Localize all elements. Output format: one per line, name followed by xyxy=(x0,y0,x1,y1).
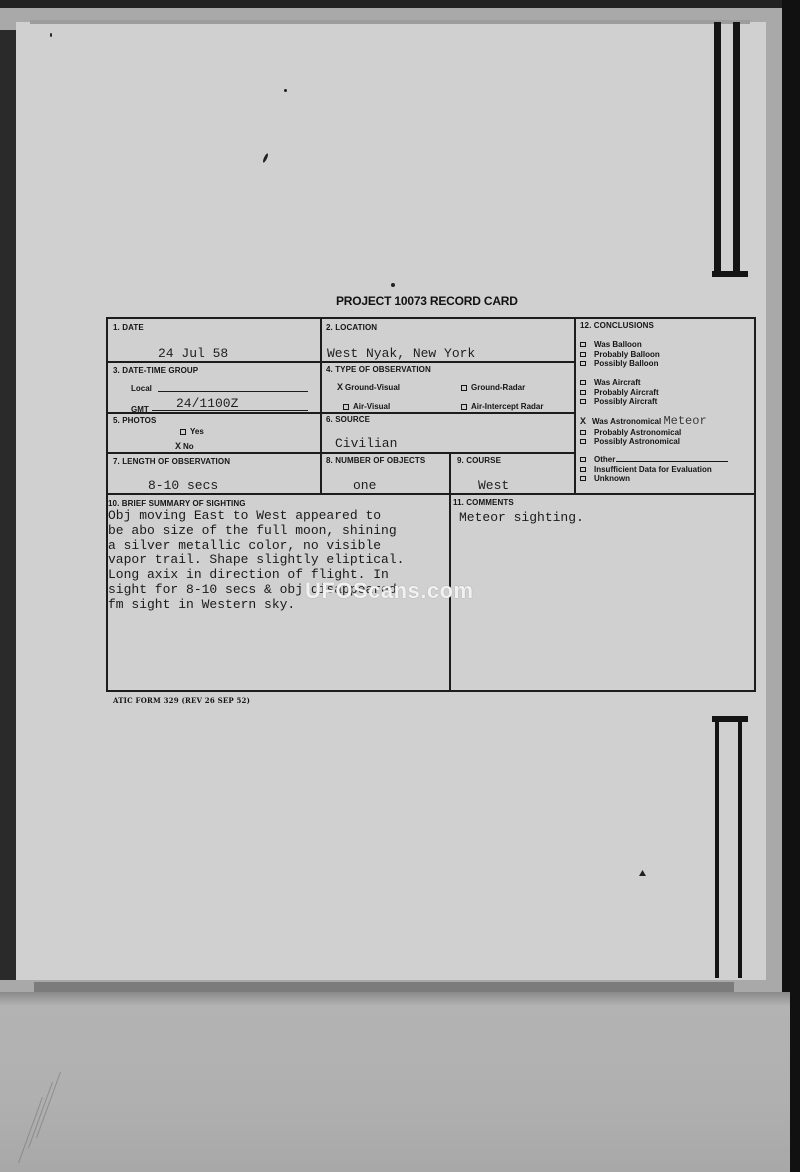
divider xyxy=(320,317,322,493)
course-value: West xyxy=(478,478,509,493)
gmt-label: GMT xyxy=(131,405,149,414)
binder-mark-bottom xyxy=(714,716,744,978)
checkbox-icon xyxy=(461,404,467,410)
checkbox-icon xyxy=(580,430,586,435)
length-value: 8-10 secs xyxy=(148,478,218,493)
local-underline xyxy=(158,391,308,392)
divider xyxy=(106,493,756,495)
binder-mark-top xyxy=(714,22,744,277)
length-label: 7. LENGTH OF OBSERVATION xyxy=(113,457,230,466)
checkbox-icon xyxy=(580,439,586,444)
conclusion-was-aircraft[interactable]: Was Aircraft xyxy=(580,378,659,388)
date-time-group-label: 3. DATE-TIME GROUP xyxy=(113,366,198,375)
photos-label: 5. PHOTOS xyxy=(113,416,156,425)
conclusion-insufficient-data[interactable]: Insufficient Data for Evaluation xyxy=(580,465,728,475)
scan-left-edge xyxy=(0,30,16,980)
conclusion-possibly-astronomical[interactable]: Possibly Astronomical xyxy=(580,437,709,447)
divider xyxy=(449,452,451,692)
underlying-page xyxy=(0,992,790,1172)
divider xyxy=(106,361,576,363)
speck xyxy=(50,33,52,37)
checkbox-icon xyxy=(580,476,586,481)
speck xyxy=(284,89,287,92)
conclusion-possibly-aircraft[interactable]: Possibly Aircraft xyxy=(580,397,659,407)
location-value: West Nyak, New York xyxy=(327,346,475,361)
watermark: UFOScans.com xyxy=(305,578,474,604)
checkbox-icon xyxy=(580,457,586,462)
conclusions-group-aircraft: Was Aircraft Probably Aircraft Possibly … xyxy=(580,378,659,407)
source-label: 6. SOURCE xyxy=(326,415,370,424)
x-mark: X xyxy=(337,383,343,394)
speck xyxy=(391,283,395,287)
comments-label: 11. COMMENTS xyxy=(453,498,514,507)
option-air-visual[interactable]: Air-Visual xyxy=(343,402,390,411)
conclusion-probably-aircraft[interactable]: Probably Aircraft xyxy=(580,388,659,398)
conclusion-possibly-balloon[interactable]: Possibly Balloon xyxy=(580,359,660,369)
conclusions-label: 12. CONCLUSIONS xyxy=(580,321,654,330)
card-title: PROJECT 10073 RECORD CARD xyxy=(336,294,518,308)
other-underline xyxy=(616,461,728,462)
checkbox-icon xyxy=(461,385,467,391)
conclusion-unknown[interactable]: Unknown xyxy=(580,474,728,484)
number-of-objects-value: one xyxy=(353,478,376,493)
meteor-note: Meteor xyxy=(663,414,706,428)
x-mark: X xyxy=(175,442,181,453)
checkbox-icon xyxy=(343,404,349,410)
checkbox-icon xyxy=(580,380,586,385)
divider xyxy=(574,317,576,493)
local-label: Local xyxy=(131,384,152,393)
divider xyxy=(106,412,576,414)
conclusion-was-astronomical[interactable]: XWas Astronomical Meteor xyxy=(580,417,709,428)
date-label: 1. DATE xyxy=(113,323,144,332)
checkbox-icon xyxy=(580,361,586,366)
scan-top-edge xyxy=(0,0,800,8)
checkbox-icon xyxy=(580,390,586,395)
checkbox-icon xyxy=(580,342,586,347)
x-mark: X xyxy=(580,417,586,428)
conclusion-probably-balloon[interactable]: Probably Balloon xyxy=(580,350,660,360)
checkbox-icon xyxy=(580,467,586,472)
option-ground-radar[interactable]: Ground-Radar xyxy=(461,383,525,392)
comments-value: Meteor sighting. xyxy=(459,510,584,525)
course-label: 9. COURSE xyxy=(457,456,501,465)
type-of-observation-label: 4. TYPE OF OBSERVATION xyxy=(326,365,431,374)
option-photos-no[interactable]: XNo xyxy=(175,442,194,453)
checkbox-icon xyxy=(580,399,586,404)
conclusions-group-balloon: Was Balloon Probably Balloon Possibly Ba… xyxy=(580,340,660,369)
conclusions-group-astronomical: XWas Astronomical Meteor Probably Astron… xyxy=(580,417,709,447)
conclusion-was-balloon[interactable]: Was Balloon xyxy=(580,340,660,350)
brief-summary-label: 10. BRIEF SUMMARY OF SIGHTING xyxy=(108,499,246,508)
checkbox-icon xyxy=(580,352,586,357)
date-value: 24 Jul 58 xyxy=(158,346,228,361)
gmt-value: 24/1100Z xyxy=(176,396,238,411)
location-label: 2. LOCATION xyxy=(326,323,377,332)
conclusions-group-other: Other Insufficient Data for Evaluation U… xyxy=(580,455,728,484)
option-photos-yes[interactable]: Yes xyxy=(180,427,204,436)
conclusion-probably-astronomical[interactable]: Probably Astronomical xyxy=(580,428,709,438)
option-ground-visual[interactable]: XGround-Visual xyxy=(337,383,400,394)
conclusion-other[interactable]: Other xyxy=(580,455,728,465)
number-of-objects-label: 8. NUMBER OF OBJECTS xyxy=(326,456,425,465)
option-air-intercept-radar[interactable]: Air-Intercept Radar xyxy=(461,402,543,411)
page-top-shadow xyxy=(30,20,750,24)
form-identifier: ATIC FORM 329 (REV 26 SEP 52) xyxy=(113,696,250,705)
source-value: Civilian xyxy=(335,436,397,451)
checkbox-icon xyxy=(180,429,186,435)
